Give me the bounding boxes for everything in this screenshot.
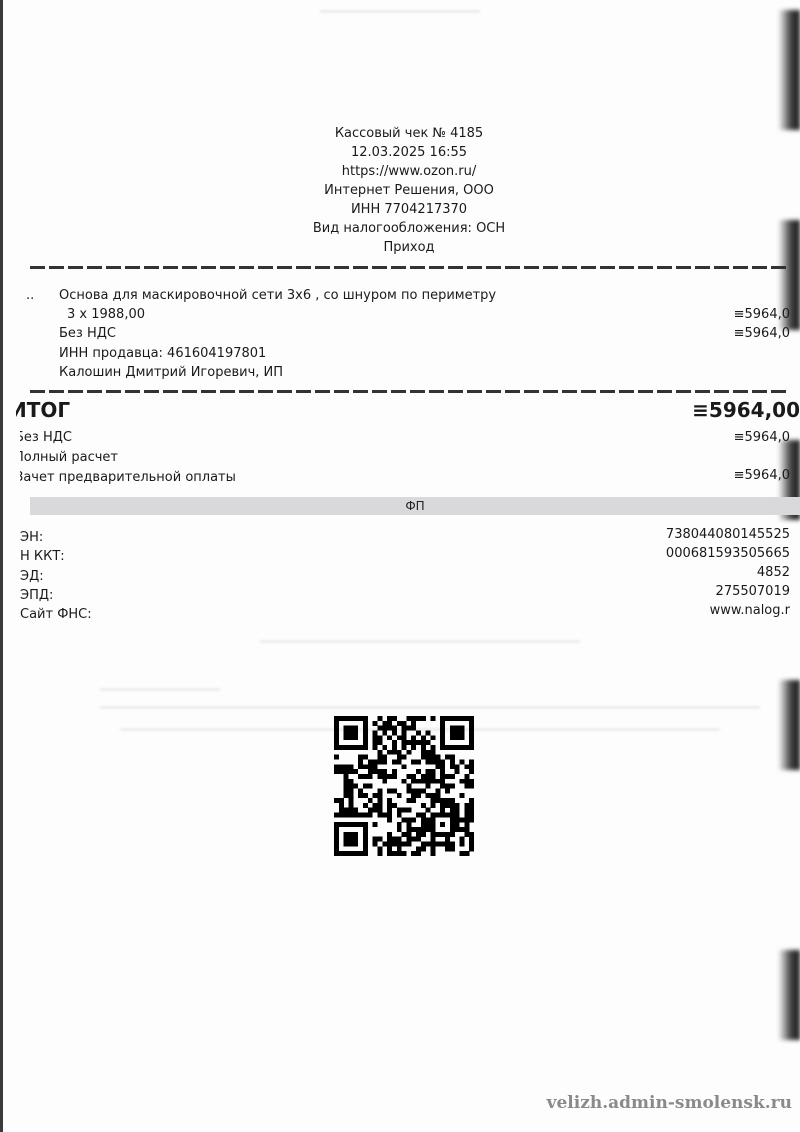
prepayment-label: Зачет предварительной оплаты (20, 468, 236, 487)
scan-smudge (778, 680, 800, 770)
fiscal-value-fns-site: www.nalog.r (710, 601, 790, 620)
total-value: ≡5964,00 (692, 401, 800, 420)
fiscal-label-fd: ЭД: (20, 567, 44, 586)
bleed-through (100, 706, 760, 709)
scan-smudge (778, 10, 800, 130)
item-vat-amount: ≡5964,0 (734, 324, 790, 343)
total-vat-value: ≡5964,0 (734, 428, 790, 447)
receipt-company: Интернет Решения, ООО (0, 181, 800, 200)
receipt-inn: ИНН 7704217370 (0, 200, 800, 219)
scan-smudge (778, 950, 800, 1040)
dashed-divider (30, 266, 790, 269)
receipt-title: Кассовый чек № 4185 (0, 124, 800, 143)
total-label: ИТОГ (16, 401, 96, 420)
item-line-total: ≡5964,0 (734, 305, 790, 324)
fiscal-label-fpd: ЭПД: (20, 586, 53, 605)
item-seller-name: Калошин Дмитрий Игоревич, ИП (59, 363, 283, 382)
receipt-operation: Приход (0, 238, 800, 257)
receipt-header: Кассовый чек № 4185 12.03.2025 16:55 htt… (0, 124, 800, 257)
fiscal-value-rn-kkt: 000681593505665 (666, 544, 790, 563)
dashed-divider (30, 390, 790, 393)
item-seller-inn: ИНН продавца: 461604197801 (59, 344, 266, 363)
item-marker: .. (26, 286, 34, 305)
item-vat: Без НДС (59, 324, 116, 343)
payment-type: Полный расчет (20, 448, 118, 467)
prepayment-value: ≡5964,0 (734, 466, 790, 485)
fiscal-value-fn: 738044080145525 (666, 525, 790, 544)
fiscal-value-fd: 4852 (757, 563, 790, 582)
receipt-tax-system: Вид налогообложения: ОСН (0, 219, 800, 238)
bleed-through (100, 688, 220, 691)
fiscal-section-header: ФП (30, 497, 800, 515)
qr-code-icon (334, 715, 474, 857)
fiscal-label-rn-kkt: Н ККТ: (20, 547, 65, 566)
fiscal-value-fpd: 275507019 (716, 582, 790, 601)
fiscal-label-fn: ЭН: (20, 528, 43, 547)
bleed-through (260, 640, 580, 643)
item-name: Основа для маскировочной сети 3х6 , со ш… (59, 286, 496, 305)
bleed-through (320, 10, 480, 13)
receipt-datetime: 12.03.2025 16:55 (0, 143, 800, 162)
receipt-website: https://www.ozon.ru/ (0, 162, 800, 181)
fiscal-label-fns-site: Сайт ФНС: (20, 605, 92, 624)
total-vat-label: Без НДС (20, 428, 72, 447)
watermark: velizh.admin-smolensk.ru (547, 1093, 792, 1113)
item-quantity-price: 3 x 1988,00 (67, 305, 145, 324)
